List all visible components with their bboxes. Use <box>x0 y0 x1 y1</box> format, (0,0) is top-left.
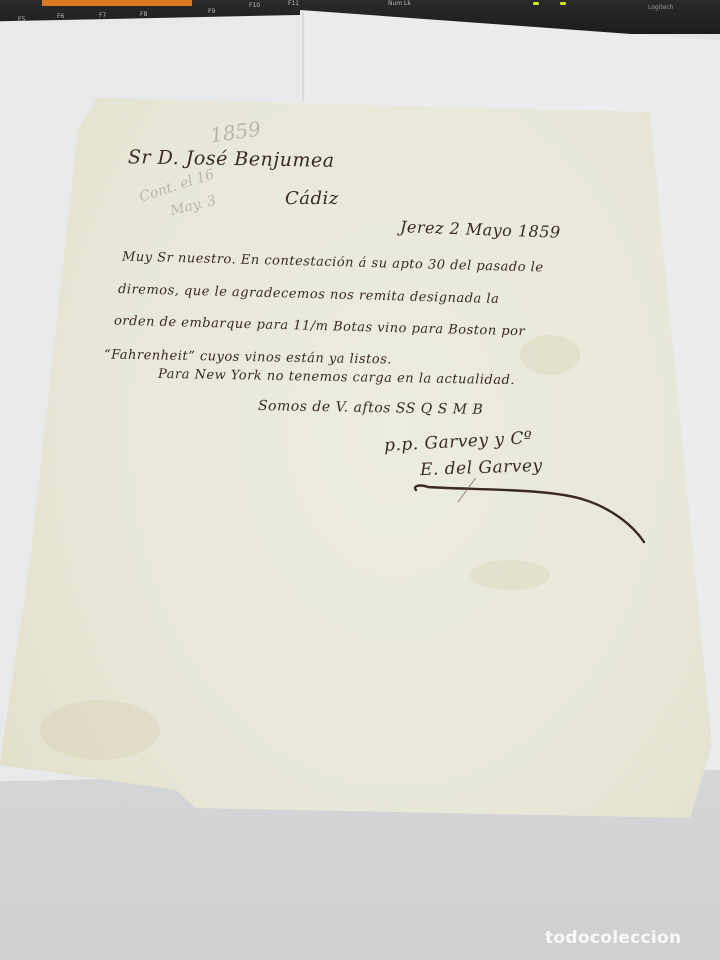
sheet-fold-shadow <box>302 12 306 102</box>
keyboard-orange-accent <box>42 0 192 6</box>
letter-date: Jerez 2 Mayo 1859 <box>400 217 561 242</box>
addressee-name: Sr D. José Benjumea <box>128 146 335 172</box>
addressee-city: Cádiz <box>285 188 339 209</box>
pencil-side-note: May. 3 <box>169 193 218 220</box>
key-label: F8 <box>140 11 147 18</box>
body-line: orden de embarque para 11/m Botas vino p… <box>114 314 525 340</box>
paper-stain <box>470 560 550 590</box>
keyboard-led-icon <box>533 2 539 5</box>
body-line: Para New York no tenemos carga en la act… <box>158 367 515 388</box>
closing-line: Somos de V. aftos SS Q S M B <box>258 398 484 418</box>
pencil-year-mark: 1859 <box>209 117 263 148</box>
todocoleccion-watermark: todocoleccion <box>545 928 681 948</box>
letter-paper: 1859 Cont. el 16 May. 3 Sr D. José Benju… <box>0 0 720 960</box>
paper-stain <box>40 700 160 760</box>
signature-company: p.p. Garvey y Cº <box>384 428 533 456</box>
body-line: diremos, que le agradecemos nos remita d… <box>118 282 500 307</box>
keyboard-led-icon <box>560 2 566 5</box>
body-line: Muy Sr nuestro. En contestación á su apt… <box>122 249 544 275</box>
body-line: “Fahrenheit” cuyos vinos están ya listos… <box>104 347 392 367</box>
key-label: F9 <box>208 8 215 15</box>
key-label: Num Lk <box>388 0 411 7</box>
signature-flourish-icon <box>410 478 650 548</box>
key-label: F10 <box>249 2 260 9</box>
key-label: F7 <box>99 12 106 19</box>
key-label: F11 <box>288 0 299 7</box>
keyboard-brand: Logitech <box>648 4 674 11</box>
paper-stain <box>520 335 580 375</box>
signature-name: E. del Garvey <box>420 456 543 480</box>
